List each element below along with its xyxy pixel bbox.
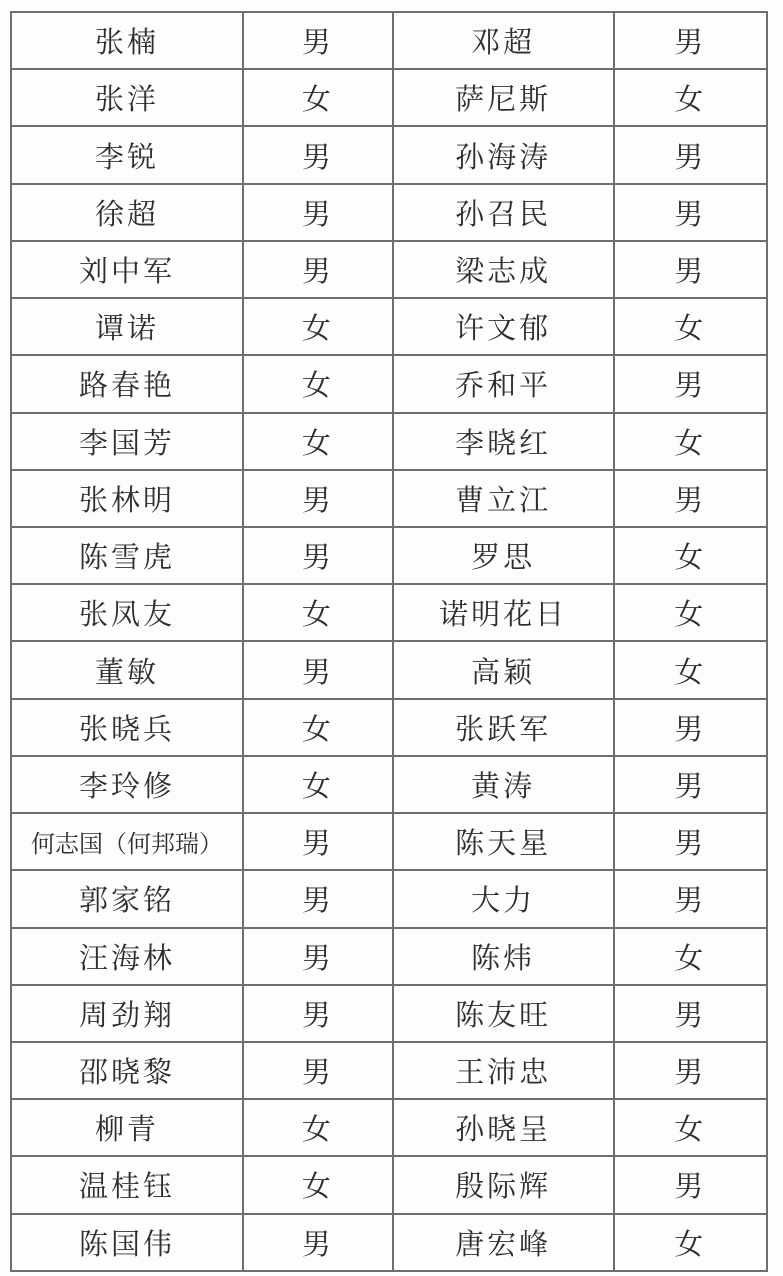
table-row: 张洋女萨尼斯女 — [11, 69, 767, 126]
table-row: 郭家铭男大力男 — [11, 870, 767, 927]
name-cell: 陈天星 — [393, 813, 614, 870]
table-row: 何志国（何邦瑞）男陈天星男 — [11, 813, 767, 870]
gender-cell: 男 — [614, 1042, 767, 1099]
table-row: 张晓兵女张跃军男 — [11, 699, 767, 756]
name-cell: 郭家铭 — [11, 870, 243, 927]
table-row: 柳青女孙晓呈女 — [11, 1099, 767, 1156]
gender-cell: 男 — [614, 241, 767, 298]
table-row: 李锐男孙海涛男 — [11, 126, 767, 183]
gender-cell: 女 — [243, 298, 393, 355]
name-cell: 大力 — [393, 870, 614, 927]
name-cell: 李晓红 — [393, 413, 614, 470]
gender-cell: 男 — [614, 1156, 767, 1213]
gender-cell: 男 — [243, 527, 393, 584]
name-cell: 徐超 — [11, 184, 243, 241]
gender-cell: 男 — [243, 1214, 393, 1271]
name-cell: 董敏 — [11, 641, 243, 698]
name-cell: 何志国（何邦瑞） — [11, 813, 243, 870]
gender-cell: 女 — [243, 1099, 393, 1156]
gender-cell: 男 — [614, 813, 767, 870]
gender-cell: 男 — [243, 641, 393, 698]
gender-cell: 女 — [614, 641, 767, 698]
name-cell: 孙海涛 — [393, 126, 614, 183]
table-row: 刘中军男梁志成男 — [11, 241, 767, 298]
gender-cell: 男 — [243, 928, 393, 985]
table-row: 李玲修女黄涛男 — [11, 756, 767, 813]
roster-table-body: 张楠男邓超男张洋女萨尼斯女李锐男孙海涛男徐超男孙召民男刘中军男梁志成男谭诺女许文… — [11, 12, 767, 1271]
gender-cell: 女 — [243, 584, 393, 641]
name-cell: 黄涛 — [393, 756, 614, 813]
page-background: 张楠男邓超男张洋女萨尼斯女李锐男孙海涛男徐超男孙召民男刘中军男梁志成男谭诺女许文… — [0, 0, 783, 1276]
name-cell: 罗思 — [393, 527, 614, 584]
name-cell: 张林明 — [11, 470, 243, 527]
gender-cell: 男 — [243, 870, 393, 927]
table-row: 邵晓黎男王沛忠男 — [11, 1042, 767, 1099]
table-row: 张凤友女诺明花日女 — [11, 584, 767, 641]
gender-cell: 女 — [243, 1156, 393, 1213]
gender-cell: 男 — [243, 985, 393, 1042]
gender-cell: 女 — [614, 527, 767, 584]
name-cell: 陈友旺 — [393, 985, 614, 1042]
gender-cell: 男 — [614, 126, 767, 183]
name-cell: 李国芳 — [11, 413, 243, 470]
gender-cell: 男 — [243, 184, 393, 241]
gender-cell: 女 — [614, 413, 767, 470]
roster-table: 张楠男邓超男张洋女萨尼斯女李锐男孙海涛男徐超男孙召民男刘中军男梁志成男谭诺女许文… — [10, 11, 768, 1272]
gender-cell: 女 — [614, 1099, 767, 1156]
table-row: 张楠男邓超男 — [11, 12, 767, 69]
table-row: 谭诺女许文郁女 — [11, 298, 767, 355]
name-cell: 温桂钰 — [11, 1156, 243, 1213]
name-cell: 诺明花日 — [393, 584, 614, 641]
table-row: 陈国伟男唐宏峰女 — [11, 1214, 767, 1271]
gender-cell: 男 — [243, 12, 393, 69]
gender-cell: 女 — [243, 756, 393, 813]
gender-cell: 男 — [614, 756, 767, 813]
name-cell: 陈雪虎 — [11, 527, 243, 584]
name-cell: 孙召民 — [393, 184, 614, 241]
table-row: 张林明男曹立江男 — [11, 470, 767, 527]
name-cell: 殷际辉 — [393, 1156, 614, 1213]
name-cell: 萨尼斯 — [393, 69, 614, 126]
gender-cell: 男 — [614, 870, 767, 927]
table-row: 汪海林男陈炜女 — [11, 928, 767, 985]
name-cell: 刘中军 — [11, 241, 243, 298]
name-cell: 周劲翔 — [11, 985, 243, 1042]
name-cell: 李玲修 — [11, 756, 243, 813]
table-row: 路春艳女乔和平男 — [11, 355, 767, 412]
gender-cell: 男 — [243, 241, 393, 298]
name-cell: 邓超 — [393, 12, 614, 69]
gender-cell: 女 — [614, 1214, 767, 1271]
name-cell: 陈炜 — [393, 928, 614, 985]
name-cell: 路春艳 — [11, 355, 243, 412]
name-cell: 邵晓黎 — [11, 1042, 243, 1099]
name-cell: 曹立江 — [393, 470, 614, 527]
name-cell: 乔和平 — [393, 355, 614, 412]
gender-cell: 女 — [243, 355, 393, 412]
gender-cell: 男 — [614, 699, 767, 756]
table-row: 温桂钰女殷际辉男 — [11, 1156, 767, 1213]
name-cell: 陈国伟 — [11, 1214, 243, 1271]
gender-cell: 男 — [243, 126, 393, 183]
name-cell: 李锐 — [11, 126, 243, 183]
table-row: 徐超男孙召民男 — [11, 184, 767, 241]
gender-cell: 男 — [614, 470, 767, 527]
name-cell: 唐宏峰 — [393, 1214, 614, 1271]
gender-cell: 女 — [614, 298, 767, 355]
table-row: 周劲翔男陈友旺男 — [11, 985, 767, 1042]
name-cell: 王沛忠 — [393, 1042, 614, 1099]
name-cell: 柳青 — [11, 1099, 243, 1156]
gender-cell: 女 — [243, 69, 393, 126]
name-cell: 张凤友 — [11, 584, 243, 641]
gender-cell: 男 — [243, 1042, 393, 1099]
name-cell: 谭诺 — [11, 298, 243, 355]
table-row: 李国芳女李晓红女 — [11, 413, 767, 470]
table-row: 董敏男高颖女 — [11, 641, 767, 698]
gender-cell: 男 — [614, 12, 767, 69]
gender-cell: 女 — [243, 699, 393, 756]
gender-cell: 男 — [614, 985, 767, 1042]
name-cell: 许文郁 — [393, 298, 614, 355]
name-cell: 张楠 — [11, 12, 243, 69]
gender-cell: 男 — [614, 184, 767, 241]
name-cell: 张晓兵 — [11, 699, 243, 756]
gender-cell: 女 — [243, 413, 393, 470]
name-cell: 高颖 — [393, 641, 614, 698]
table-row: 陈雪虎男罗思女 — [11, 527, 767, 584]
name-cell: 张跃军 — [393, 699, 614, 756]
name-cell: 汪海林 — [11, 928, 243, 985]
gender-cell: 男 — [614, 355, 767, 412]
name-cell: 张洋 — [11, 69, 243, 126]
gender-cell: 女 — [614, 584, 767, 641]
name-cell: 孙晓呈 — [393, 1099, 614, 1156]
gender-cell: 男 — [243, 813, 393, 870]
name-cell: 梁志成 — [393, 241, 614, 298]
gender-cell: 女 — [614, 69, 767, 126]
gender-cell: 男 — [243, 470, 393, 527]
gender-cell: 女 — [614, 928, 767, 985]
